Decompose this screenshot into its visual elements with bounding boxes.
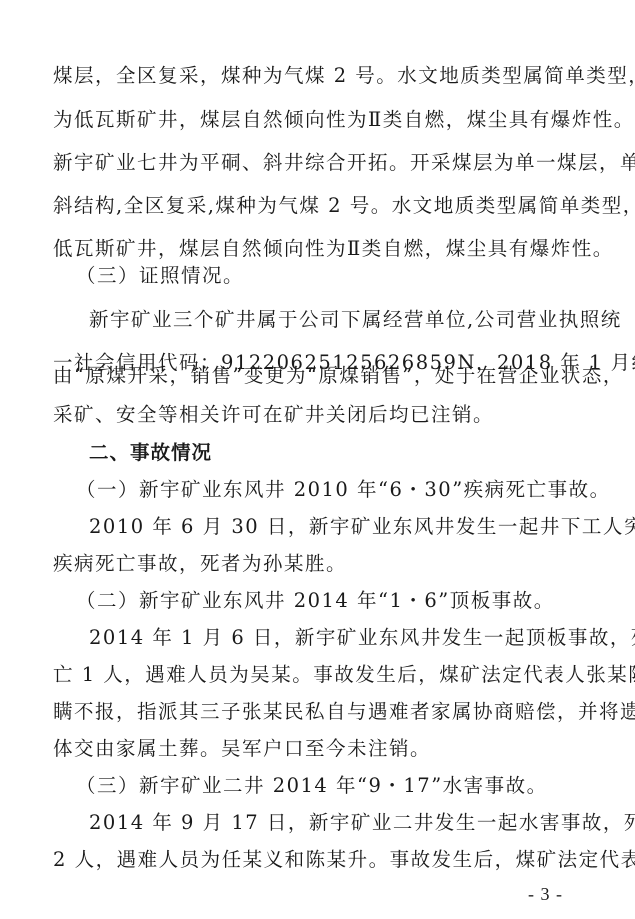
- paragraph-start-line: 2014 年 9 月 17 日，新宇矿业二井发生一起水害事故，死亡: [89, 811, 635, 835]
- body-line: 亡 1 人，遇难人员为吴某。事故发生后，煤矿法定代表人张某隐: [53, 663, 635, 687]
- body-line: 疾病死亡事故，死者为孙某胜。: [53, 552, 347, 576]
- body-line: 2 人，遇难人员为任某义和陈某升。事故发生后，煤矿法定代表: [53, 848, 635, 872]
- body-line: 体交由家属土葬。吴军户口至今未注销。: [53, 737, 431, 761]
- body-line: 瞒不报，指派其三子张某民私自与遇难者家属协商赔偿，并将遗: [53, 700, 635, 724]
- paragraph-start-line: 新宇矿业三个矿井属于公司下属经营单位,公司营业执照统: [89, 308, 622, 332]
- body-line: 新宇矿业七井为平硐、斜井综合开拓。开采煤层为单一煤层，单: [53, 151, 635, 175]
- body-line: 采矿、安全等相关许可在矿井关闭后均已注销。: [53, 403, 494, 427]
- section-subheading: （三）新宇矿业二井 2014 年“9・17”水害事故。: [76, 774, 548, 798]
- page-number: - 3 -: [528, 884, 563, 905]
- paragraph-start-line: 2010 年 6 月 30 日，新宇矿业东风井发生一起井下工人突发: [89, 515, 635, 539]
- section-subheading: （三）证照情况。: [76, 264, 244, 288]
- body-line: 低瓦斯矿井，煤层自然倾向性为Ⅱ类自燃，煤尘具有爆炸性。: [53, 237, 614, 261]
- section-subheading: （二）新宇矿业东风井 2014 年“1・6”顶板事故。: [76, 589, 555, 613]
- body-line: 煤层，全区复采，煤种为气煤 2 号。水文地质类型属简单类型，: [53, 64, 635, 88]
- body-line: 斜结构,全区复采,煤种为气煤 2 号。水文地质类型属简单类型，: [53, 194, 635, 218]
- section-subheading: （一）新宇矿业东风井 2010 年“6・30”疾病死亡事故。: [76, 478, 611, 502]
- body-line: 为低瓦斯矿井，煤层自然倾向性为Ⅱ类自燃，煤尘具有爆炸性。: [53, 108, 635, 132]
- paragraph-start-line: 2014 年 1 月 6 日，新宇矿业东风井发生一起顶板事故，死: [89, 626, 635, 650]
- section-heading: 二、事故情况: [89, 441, 212, 465]
- body-line: 由“原煤开采，销售”变更为“原煤销售”，处于在营企业状态，: [53, 364, 624, 388]
- document-page: 煤层，全区复采，煤种为气煤 2 号。水文地质类型属简单类型， 为低瓦斯矿井，煤层…: [0, 0, 635, 919]
